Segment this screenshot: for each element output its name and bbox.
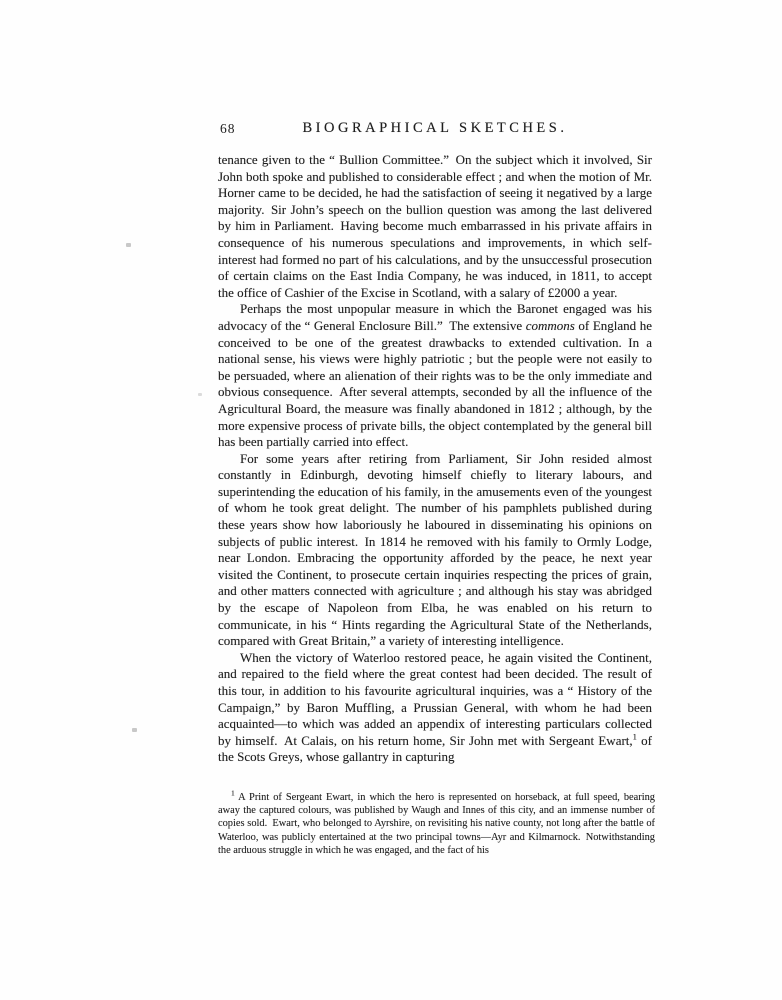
scan-artifact: [198, 393, 202, 396]
paragraph-3-text: For some years after retiring from Parli…: [218, 451, 652, 649]
scan-artifact: [132, 728, 137, 732]
paragraph-1: tenance given to the “ Bullion Committee…: [218, 152, 652, 301]
paragraph-3: For some years after retiring from Parli…: [218, 451, 652, 650]
running-head: 68 BIOGRAPHICAL SKETCHES.: [218, 120, 652, 140]
footnote-text: A Print of Sergeant Ewart, in which the …: [218, 792, 655, 856]
paragraph-1-text: tenance given to the “ Bullion Committee…: [218, 152, 652, 300]
italic-word-commons: commons: [526, 318, 575, 333]
paragraph-2: Perhaps the most unpopular measure in wh…: [218, 301, 652, 450]
page-title: BIOGRAPHICAL SKETCHES.: [218, 120, 652, 137]
paragraph-4-text-a: When the victory of Waterloo restored pe…: [218, 650, 652, 748]
paragraph-2-text-b: of England he conceived to be one of the…: [218, 318, 652, 449]
scanned-book-page: 68 BIOGRAPHICAL SKETCHES. tenance given …: [0, 0, 782, 1000]
main-text-column: tenance given to the “ Bullion Committee…: [218, 152, 652, 766]
scan-artifact: [126, 243, 131, 247]
page-number: 68: [220, 121, 236, 137]
footnote-block: 1 A Print of Sergeant Ewart, in which th…: [218, 791, 655, 857]
paragraph-4: When the victory of Waterloo restored pe…: [218, 650, 652, 766]
footnote-paragraph: 1 A Print of Sergeant Ewart, in which th…: [218, 791, 655, 857]
